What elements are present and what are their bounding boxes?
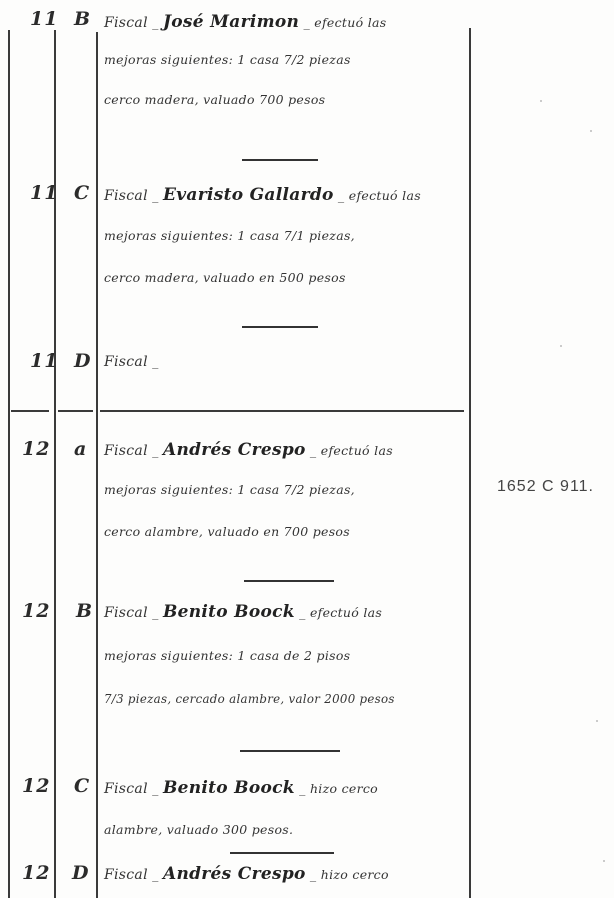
- entry-letter: a: [74, 438, 86, 460]
- entry-label: Fiscal: [104, 605, 148, 621]
- entry-text-line: cerco alambre, valuado en 700 pesos: [104, 524, 466, 539]
- entry-label: Fiscal: [104, 781, 148, 797]
- entry-label: Fiscal: [104, 354, 148, 370]
- entry-separator: [244, 580, 334, 582]
- entry-label: Fiscal: [104, 188, 148, 204]
- margin-note: 1652 C 911.: [497, 478, 594, 496]
- entry-separator: [242, 159, 318, 161]
- entry-number: 12: [22, 600, 50, 622]
- entry-label: Fiscal: [104, 443, 148, 459]
- entry-number: 11: [30, 182, 58, 204]
- entry-number: 12: [22, 438, 50, 460]
- entry-letter: C: [74, 182, 89, 204]
- entry-text-line: cerco madera, valuado 700 pesos: [104, 92, 466, 107]
- entry-name: Andrés Crespo: [163, 440, 306, 460]
- paper-speck: [560, 345, 562, 347]
- entry-number: 12: [22, 862, 50, 884]
- entry-text-line: efectuó las: [349, 188, 421, 203]
- entry-label: Fiscal: [104, 15, 148, 31]
- entry-label: Fiscal: [104, 867, 148, 883]
- paper-speck: [596, 720, 598, 722]
- ledger-left-border: [8, 30, 10, 898]
- entry-number: 12: [22, 775, 50, 797]
- entry-text-line: mejoras siguientes: 1 casa 7/1 piezas,: [104, 228, 466, 243]
- paper-speck: [540, 100, 542, 102]
- entry-text-line: mejoras siguientes: 1 casa de 2 pisos: [104, 648, 466, 663]
- entry-letter: D: [74, 350, 90, 372]
- entry-text-line: mejoras siguientes: 1 casa 7/2 piezas,: [104, 482, 466, 497]
- entry-letter: D: [72, 862, 88, 884]
- entry-name: José Marimon: [163, 12, 299, 32]
- ledger-number-column-divider: [54, 30, 56, 898]
- entry-text-line: efectuó las: [310, 605, 382, 620]
- entry-text-line: mejoras siguientes: 1 casa 7/2 piezas: [104, 52, 466, 67]
- section-divider-main: [100, 410, 464, 412]
- ledger-letter-column-divider: [96, 32, 98, 898]
- entry-text-line: hizo cerco: [321, 867, 389, 882]
- entry-separator: [242, 326, 318, 328]
- ledger-right-border: [469, 28, 471, 898]
- entry-letter: B: [76, 600, 92, 622]
- section-divider-middle: [58, 410, 93, 412]
- entry-text-line: cerco madera, valuado en 500 pesos: [104, 270, 466, 285]
- entry-text-line: efectuó las: [314, 15, 386, 30]
- entry-name: Benito Boock: [163, 602, 295, 622]
- entry-number: 11: [30, 350, 58, 372]
- paper-speck: [603, 860, 605, 862]
- entry-letter: B: [74, 8, 90, 30]
- entry-text-line: efectuó las: [321, 443, 393, 458]
- entry-name: Evaristo Gallardo: [163, 185, 334, 205]
- section-divider-left: [11, 410, 49, 412]
- entry-letter: C: [74, 775, 89, 797]
- entry-text-line: hizo cerco: [310, 781, 378, 796]
- paper-speck: [590, 130, 592, 132]
- entry-separator: [230, 852, 334, 854]
- entry-text-line: 7/3 piezas, cercado alambre, valor 2000 …: [104, 692, 466, 706]
- entry-separator: [240, 750, 340, 752]
- entry-name: Andrés Crespo: [163, 864, 306, 884]
- entry-text-line: alambre, valuado 300 pesos.: [104, 822, 466, 837]
- entry-name: Benito Boock: [163, 778, 295, 798]
- entry-number: 11: [30, 8, 58, 30]
